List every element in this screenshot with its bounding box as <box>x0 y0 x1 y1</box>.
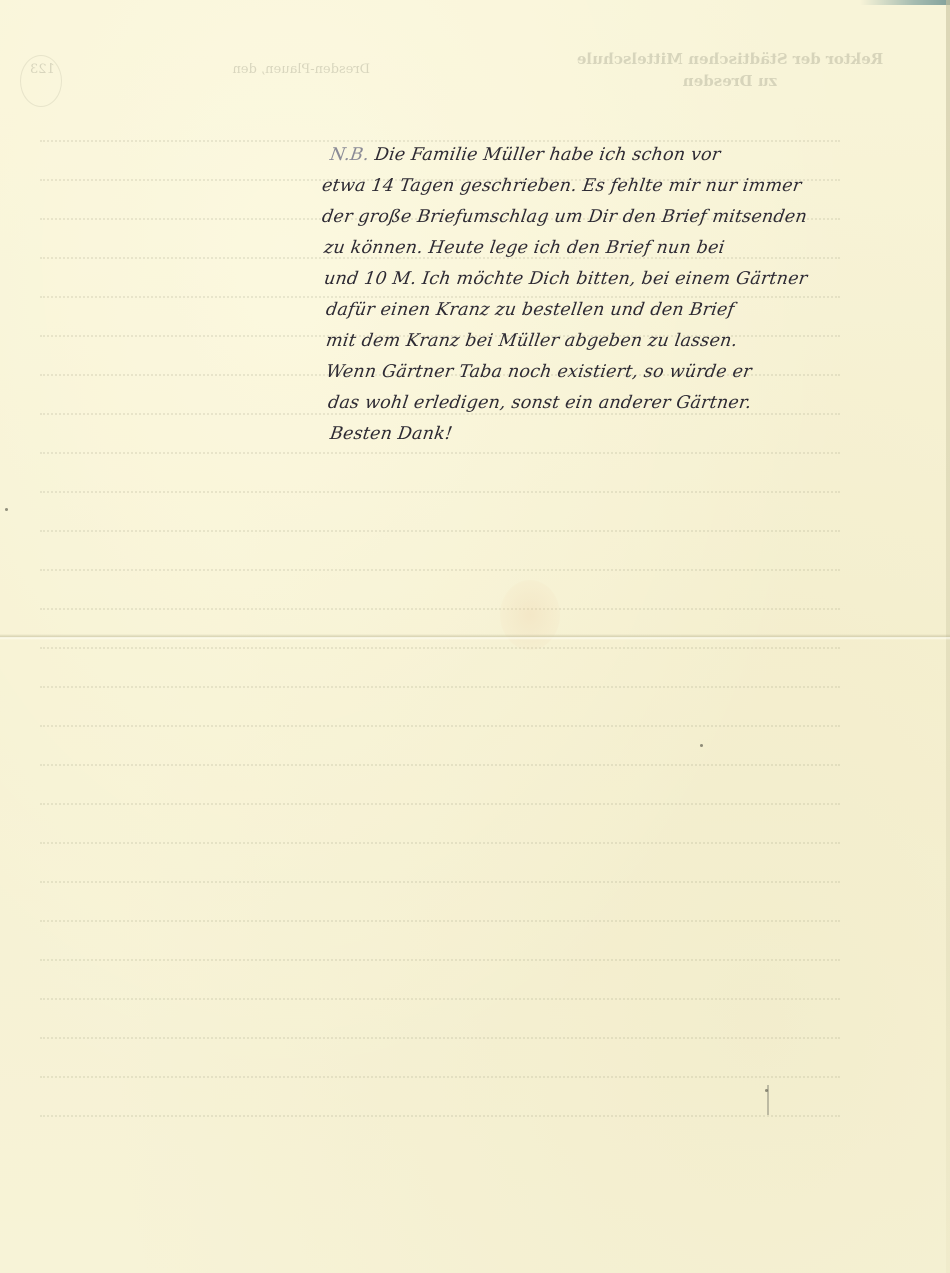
note-line: N.B. Die Familie Müller habe ich schon v… <box>328 140 852 171</box>
ink-speck <box>5 508 8 511</box>
paper-fold-crease <box>0 634 950 640</box>
note-line: etwa 14 Tagen geschrieben. Es fehlte mir… <box>320 171 852 202</box>
note-line: dafür einen Kranz zu bestellen und den B… <box>324 295 852 326</box>
pencil-mark <box>767 1085 769 1115</box>
note-line: das wohl erledigen, sonst ein anderer Gä… <box>326 388 852 419</box>
letterhead-city: zu Dresden <box>540 70 920 92</box>
note-line: zu können. Heute lege ich den Brief nun … <box>322 233 852 264</box>
note-prefix: N.B. <box>329 145 371 165</box>
note-line-closing: Besten Dank! <box>328 419 852 450</box>
ink-speck <box>700 744 703 747</box>
letterhead-header-line: Dresden-Plauen, den 123 <box>30 62 370 77</box>
note-line: mit dem Kranz bei Müller abgeben zu lass… <box>324 326 852 357</box>
note-line: und 10 M. Ich möchte Dich bitten, bei ei… <box>322 264 852 295</box>
letterhead-institution: Rektor der Städtischen Mittelschule <box>540 48 920 70</box>
letterhead: Rektor der Städtischen Mittelschule zu D… <box>540 48 920 92</box>
handwritten-note: N.B. Die Familie Müller habe ich schon v… <box>330 140 850 450</box>
letterhead-page-number: 123 <box>30 62 55 77</box>
note-line: der große Briefumschlag um Dir den Brief… <box>320 202 852 233</box>
letterhead-place-date: Dresden-Plauen, den <box>232 62 370 77</box>
paper-top-edge <box>860 0 950 5</box>
note-line: Wenn Gärtner Taba noch existiert, so wür… <box>324 357 852 388</box>
